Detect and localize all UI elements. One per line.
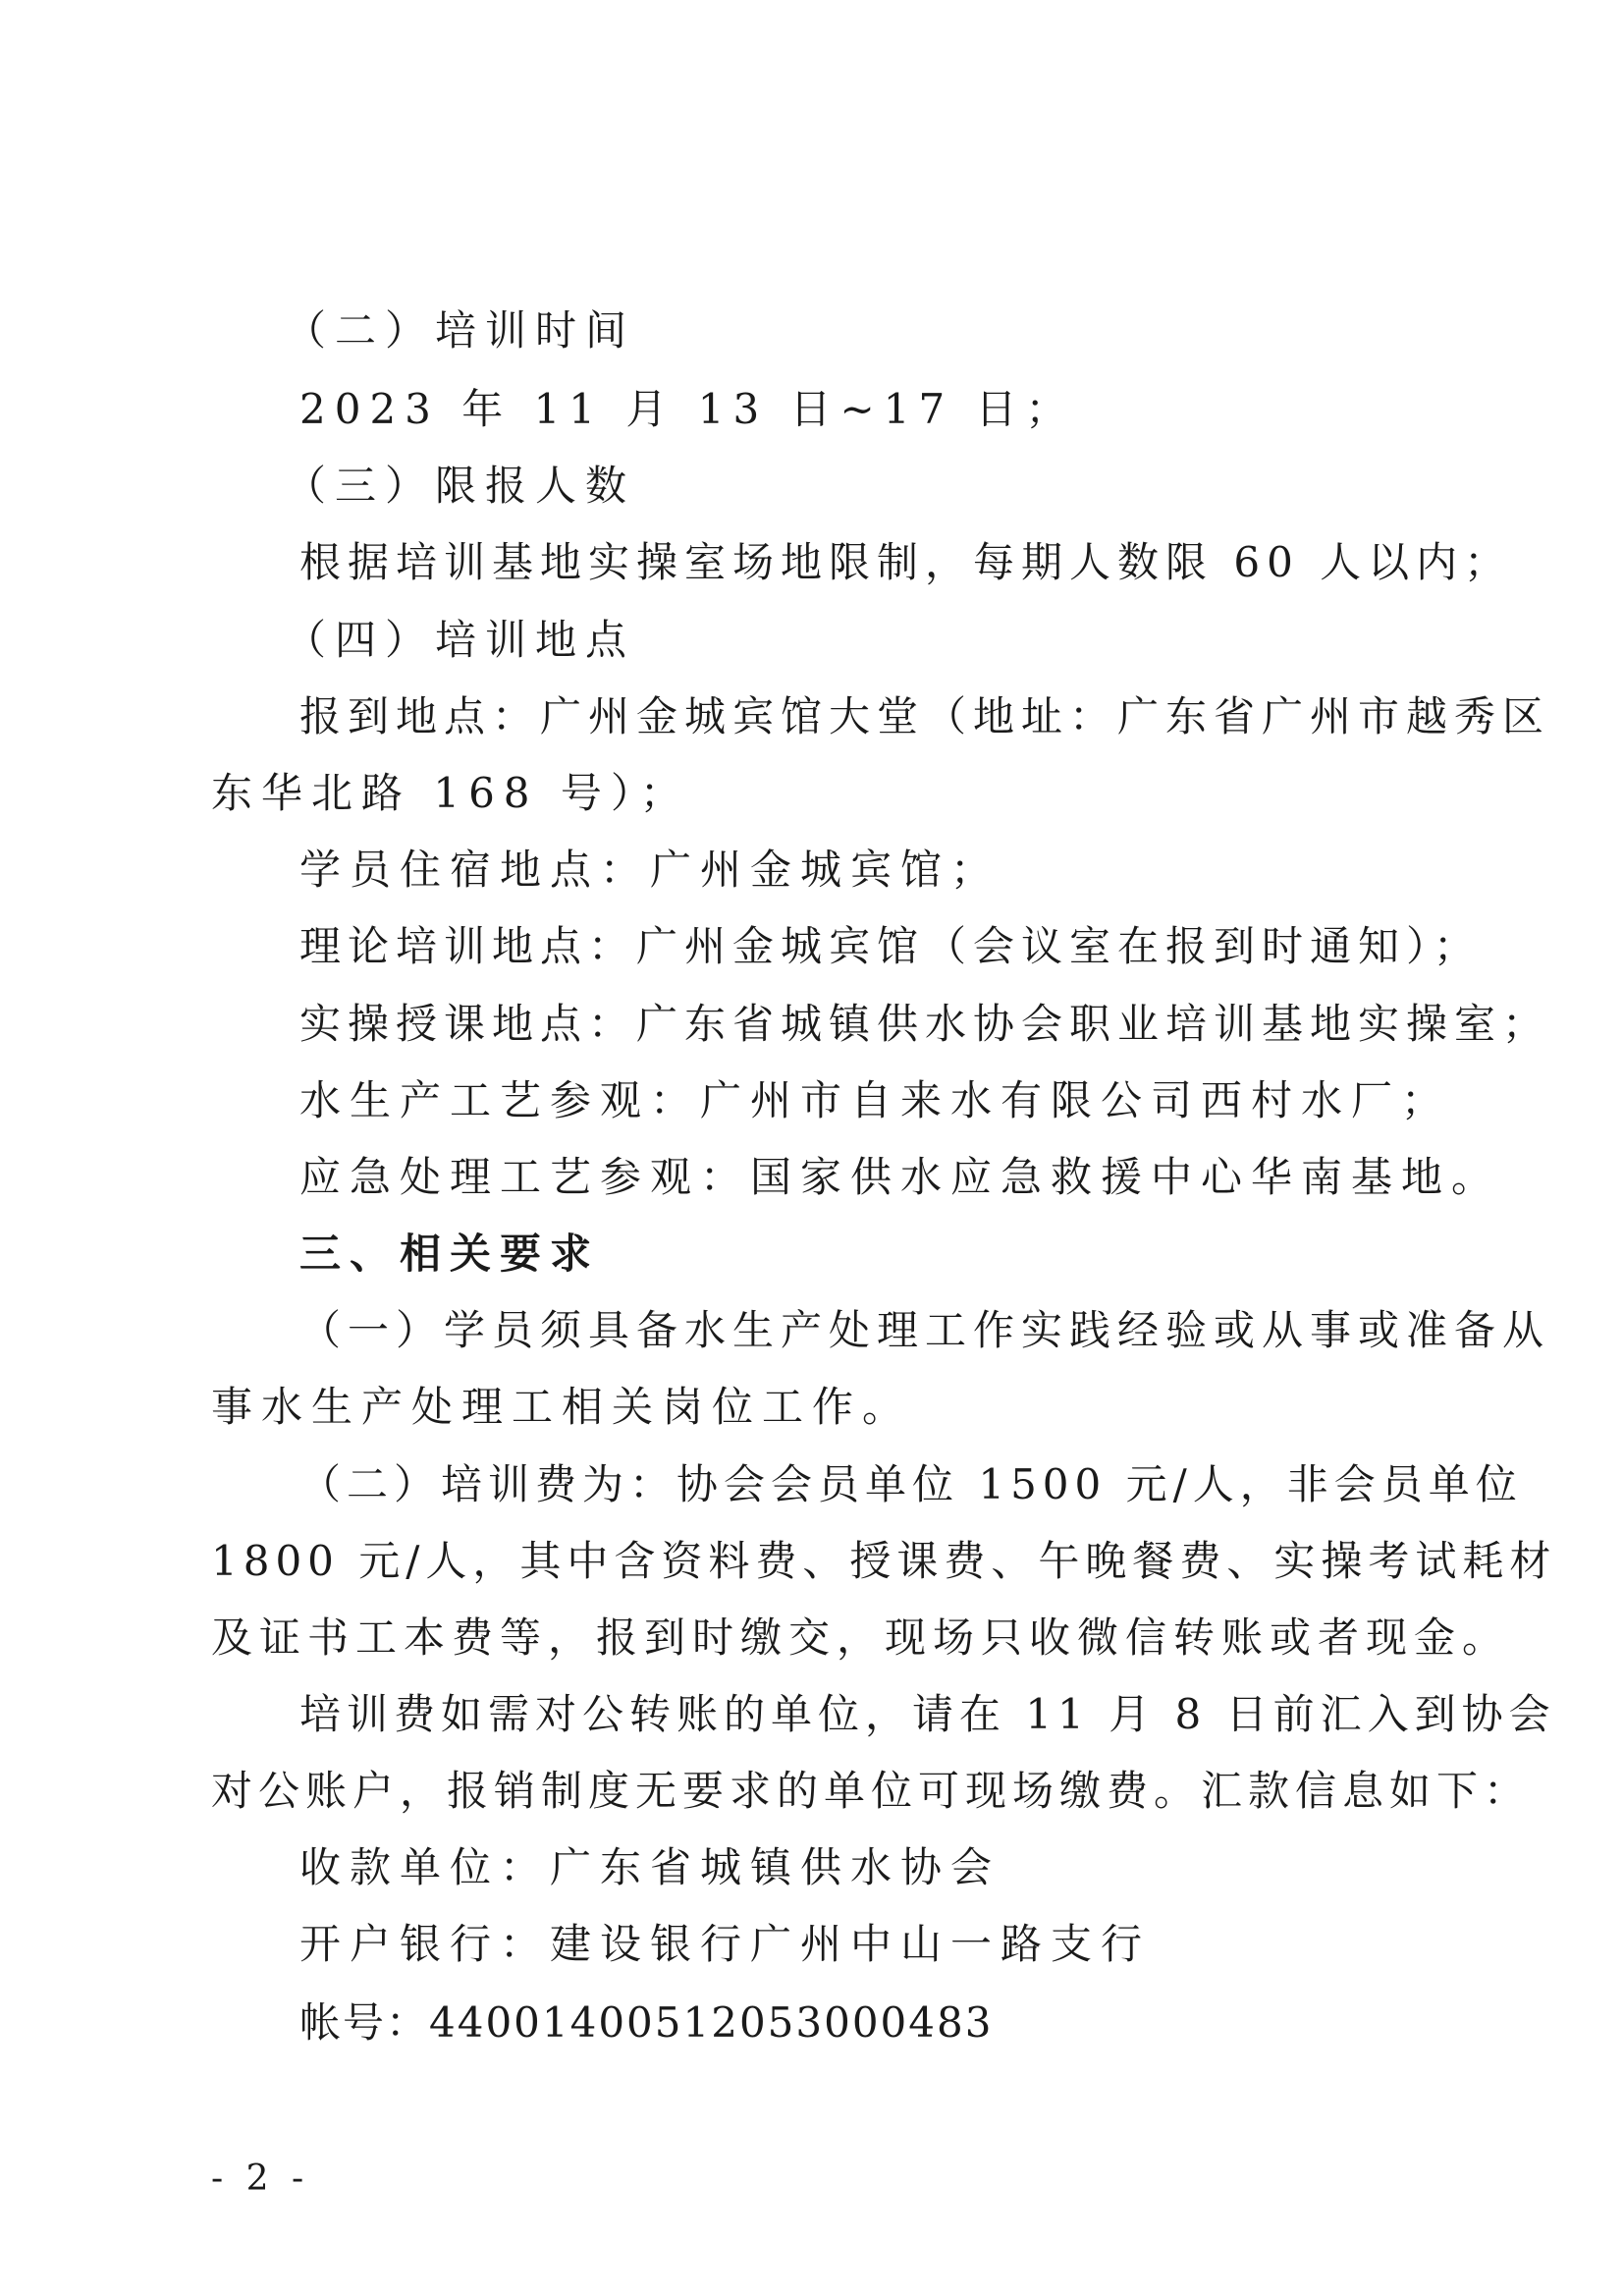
bank-name: 开户银行：建设银行广州中山一路支行: [299, 1919, 1151, 1970]
requirement-1: （一）学员须具备水生产处理工作实践经验或从事或准备从: [299, 1305, 1550, 1356]
transfer-deadline-cont: 对公账户，报销制度无要求的单位可现场缴费。汇款信息如下：: [211, 1766, 1531, 1817]
requirement-2-fee-cont2: 及证书工本费等，报到时缴交，现场只收微信转账或者现金。: [211, 1613, 1510, 1664]
transfer-deadline: 培训费如需对公转账的单位，请在 11 月 8 日前汇入到协会: [299, 1689, 1556, 1740]
training-dates: 2023 年 11 月 13 日~17 日；: [299, 384, 1076, 435]
subheading-training-time: （二）培训时间: [285, 305, 635, 356]
requirement-2-fee: （二）培训费为：协会会员单位 1500 元/人，非会员单位: [299, 1459, 1523, 1510]
requirement-2-fee-cont: 1800 元/人，其中含资料费、授课费、午晚餐费、实操考试耗材: [211, 1536, 1556, 1587]
subheading-training-location: （四）培训地点: [285, 615, 635, 666]
practical-training-location: 实操授课地点：广东省城镇供水协会职业培训基地实操室；: [299, 999, 1550, 1050]
subheading-enrollment-limit: （三）限报人数: [285, 461, 635, 512]
emergency-process-visit: 应急处理工艺参观：国家供水应急救援中心华南基地。: [299, 1152, 1501, 1203]
registration-location: 报到地点：广州金城宾馆大堂（地址：广东省广州市越秀区: [299, 691, 1550, 742]
payee: 收款单位：广东省城镇供水协会: [299, 1842, 1001, 1893]
registration-location-cont: 东华北路 168 号）；: [211, 768, 690, 819]
section-heading-requirements: 三、相关要求: [299, 1229, 600, 1280]
enrollment-limit-text: 根据培训基地实操室场地限制，每期人数限 60 人以内；: [299, 537, 1512, 588]
page-number: - 2 -: [211, 2159, 309, 2199]
theory-training-location: 理论培训地点：广州金城宾馆（会议室在报到时通知）；: [299, 921, 1482, 972]
accommodation-location: 学员住宿地点：广州金城宾馆；: [299, 845, 1001, 896]
account-number: 帐号：44001400512053000483: [299, 1997, 993, 2049]
requirement-1-cont: 事水生产处理工相关岗位工作。: [211, 1382, 912, 1433]
water-production-visit: 水生产工艺参观：广州市自来水有限公司西村水厂；: [299, 1075, 1451, 1126]
